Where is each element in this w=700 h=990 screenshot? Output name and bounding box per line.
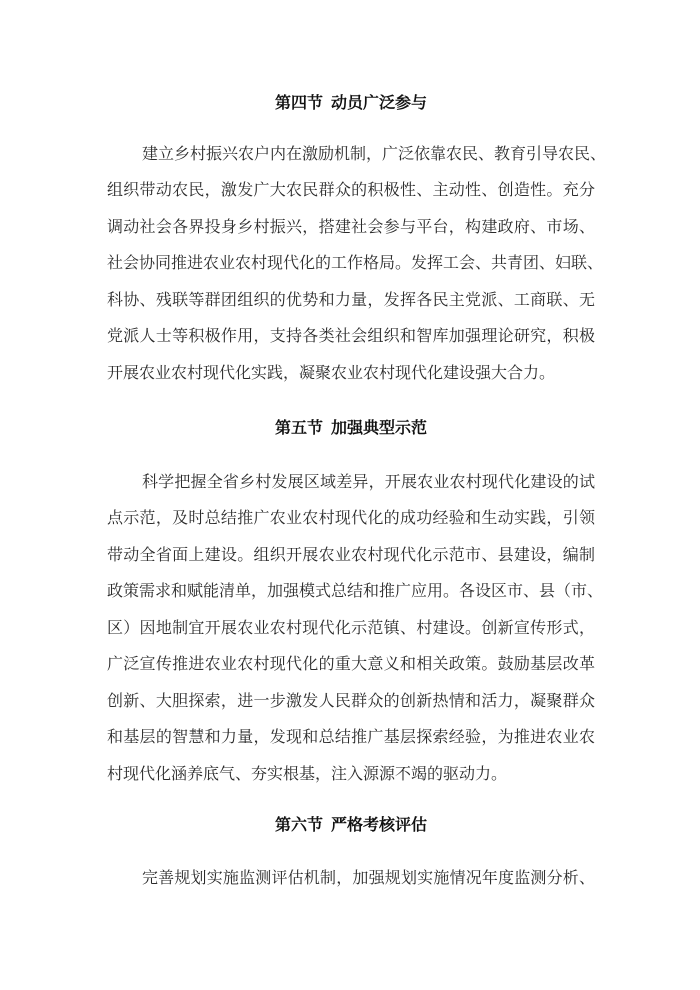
paragraph-line: 组织带动农民，激发广大农民群众的积极性、主动性、创造性。充分	[107, 172, 595, 209]
section-heading: 第四节动员广泛参与	[107, 85, 595, 122]
paragraph-line: 村现代化涵养底气、夯实根基，注入源源不竭的驱动力。	[107, 756, 595, 793]
section-heading: 第六节严格考核评估	[107, 807, 595, 844]
section-title: 加强典型示范	[331, 418, 427, 437]
section-number: 第四节	[275, 93, 323, 112]
section-number: 第五节	[275, 418, 323, 437]
section-number: 第六节	[275, 815, 323, 834]
paragraph: 完善规划实施监测评估机制，加强规划实施情况年度监测分析、	[107, 860, 595, 897]
paragraph-line: 带动全省面上建设。组织开展农业农村现代化示范市、县建设，编制	[107, 537, 595, 574]
document-page: 第四节动员广泛参与 建立乡村振兴农户内在激励机制，广泛依靠农民、教育引导农民、 …	[0, 0, 700, 990]
section-title: 严格考核评估	[331, 815, 427, 834]
section-title: 动员广泛参与	[331, 93, 427, 112]
paragraph-line: 调动社会各界投身乡村振兴，搭建社会参与平台，构建政府、市场、	[107, 209, 595, 246]
paragraph-line: 点示范，及时总结推广农业农村现代化的成功经验和生动实践，引领	[107, 500, 595, 537]
paragraph-line: 区）因地制宜开展农业农村现代化示范镇、村建设。创新宣传形式，	[107, 610, 595, 647]
paragraph-line: 政策需求和赋能清单，加强模式总结和推广应用。各设区市、县（市、	[107, 573, 595, 610]
paragraph-line: 开展农业农村现代化实践，凝聚农业农村现代化建设强大合力。	[107, 355, 595, 392]
section-heading: 第五节加强典型示范	[107, 410, 595, 447]
paragraph-line: 完善规划实施监测评估机制，加强规划实施情况年度监测分析、	[107, 860, 595, 897]
paragraph-line: 科协、残联等群团组织的优势和力量，发挥各民主党派、工商联、无	[107, 282, 595, 319]
paragraph-line: 社会协同推进农业农村现代化的工作格局。发挥工会、共青团、妇联、	[107, 245, 595, 282]
paragraph-line: 党派人士等积极作用，支持各类社会组织和智库加强理论研究，积极	[107, 318, 595, 355]
paragraph: 科学把握全省乡村发展区域差异，开展农业农村现代化建设的试 点示范，及时总结推广农…	[107, 464, 595, 793]
paragraph-line: 广泛宣传推进农业农村现代化的重大意义和相关政策。鼓励基层改革	[107, 646, 595, 683]
paragraph-line: 科学把握全省乡村发展区域差异，开展农业农村现代化建设的试	[107, 464, 595, 501]
paragraph: 建立乡村振兴农户内在激励机制，广泛依靠农民、教育引导农民、 组织带动农民，激发广…	[107, 136, 595, 392]
paragraph-line: 建立乡村振兴农户内在激励机制，广泛依靠农民、教育引导农民、	[107, 136, 595, 173]
paragraph-line: 创新、大胆探索，进一步激发人民群众的创新热情和活力，凝聚群众	[107, 683, 595, 720]
paragraph-line: 和基层的智慧和力量，发现和总结推广基层探索经验，为推进农业农	[107, 719, 595, 756]
